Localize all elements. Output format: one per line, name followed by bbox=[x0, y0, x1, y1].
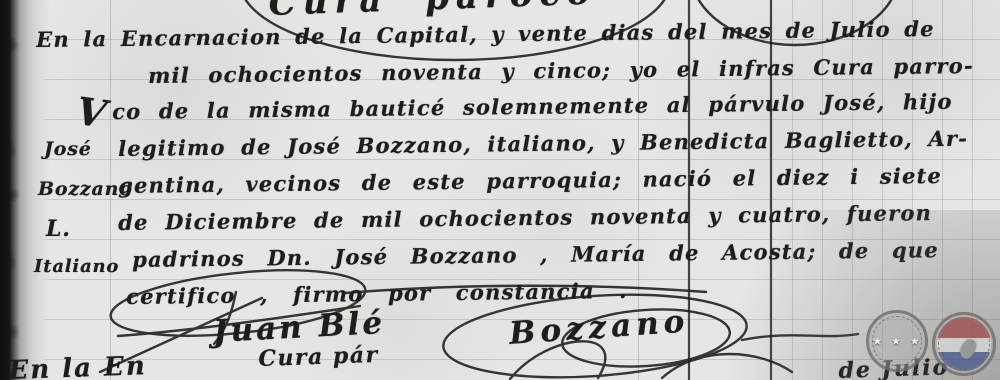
body-line: de Diciembre de mil ochocientos noventa … bbox=[118, 200, 932, 235]
body-line: legitimo de José Bozzano, italiano, y Be… bbox=[118, 126, 968, 161]
seal-stars: ★ ★ ★ bbox=[866, 334, 928, 348]
body-line: padrinos Dn. José Bozzano , María de Aco… bbox=[132, 237, 939, 272]
flag-band-white bbox=[937, 338, 991, 352]
margin-note-nationality: Italiano bbox=[34, 256, 119, 277]
body-line: mil ochocientos noventa y cinco; yo el i… bbox=[148, 53, 974, 88]
signature-title: Cura pár bbox=[258, 342, 379, 372]
body-line: co de la misma bauticé solemnemente al p… bbox=[112, 89, 953, 124]
scanned-register-page: Cura pároco V José Bozzano L. Italiano E… bbox=[0, 0, 1000, 380]
next-entry-fragment-left: En la En bbox=[8, 351, 147, 380]
rubric-signature: Bozzano bbox=[508, 303, 690, 351]
margin-check-mark: V bbox=[74, 88, 109, 137]
page-corner-shadow bbox=[660, 210, 1000, 380]
body-line: En la Encarnacion de la Capital, y vente… bbox=[36, 16, 935, 52]
flag-band-red bbox=[937, 317, 991, 338]
body-line: gentina, vecinos de este parroquia; naci… bbox=[118, 163, 942, 198]
map-silhouette bbox=[958, 337, 977, 360]
margin-note-initial: L. bbox=[46, 216, 71, 242]
next-entry-fragment-right: de Julio bbox=[838, 354, 950, 380]
margin-note-given-name: José bbox=[44, 138, 92, 160]
